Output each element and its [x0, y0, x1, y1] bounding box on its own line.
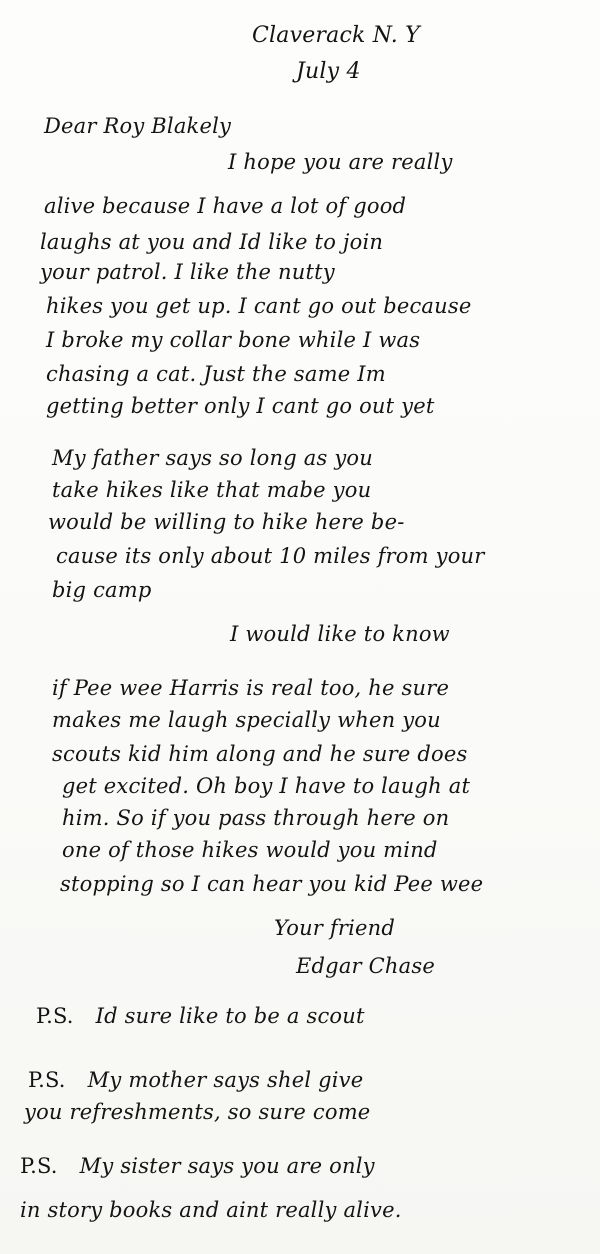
body-line: get excited. Oh boy I have to laugh at: [62, 772, 470, 800]
letter-date: July 4: [296, 58, 361, 86]
body-line: My father says so long as you: [52, 444, 373, 472]
body-line: big camp: [52, 576, 152, 604]
body-line: stopping so I can hear you kid Pee wee: [60, 870, 483, 898]
body-line: if Pee wee Harris is real too, he sure: [52, 674, 449, 702]
postscript-text: My sister says you are only: [80, 1154, 375, 1178]
body-line: I hope you are really: [228, 148, 453, 176]
body-line: your patrol. I like the nutty: [40, 258, 335, 286]
body-line: him. So if you pass through here on: [62, 804, 449, 832]
body-line: alive because I have a lot of good: [44, 192, 406, 220]
body-line: hikes you get up. I cant go out because: [46, 292, 471, 320]
postscript-2: P.S.My mother says shel give: [28, 1066, 363, 1094]
postscript-label: P.S.: [20, 1152, 58, 1180]
postscript-text: My mother says shel give: [88, 1068, 364, 1092]
postscript-3-continued: in story books and aint really alive.: [20, 1196, 402, 1224]
letter-page: Claverack N. Y July 4 Dear Roy Blakely I…: [0, 0, 600, 1254]
postscript-3: P.S.My sister says you are only: [20, 1152, 375, 1180]
letter-signature: Edgar Chase: [296, 952, 435, 980]
body-line: cause its only about 10 miles from your: [56, 542, 485, 570]
body-line: scouts kid him along and he sure does: [52, 740, 467, 768]
body-line: take hikes like that mabe you: [52, 476, 371, 504]
postscript-1: P.S.Id sure like to be a scout: [36, 1002, 365, 1030]
letter-closing: Your friend: [274, 914, 395, 942]
postscript-label: P.S.: [28, 1066, 66, 1094]
body-line: one of those hikes would you mind: [62, 836, 438, 864]
postscript-label: P.S.: [36, 1002, 74, 1030]
postscript-2-continued: you refreshments, so sure come: [24, 1098, 370, 1126]
body-line: getting better only I cant go out yet: [46, 392, 435, 420]
body-line: I broke my collar bone while I was: [46, 326, 420, 354]
letter-place: Claverack N. Y: [252, 22, 420, 50]
body-line: chasing a cat. Just the same Im: [46, 360, 386, 388]
body-line: laughs at you and Id like to join: [40, 228, 383, 256]
body-line: I would like to know: [230, 620, 450, 648]
body-line: would be willing to hike here be-: [48, 508, 405, 536]
letter-salutation: Dear Roy Blakely: [44, 112, 231, 140]
body-line: makes me laugh specially when you: [52, 706, 441, 734]
postscript-text: Id sure like to be a scout: [96, 1004, 365, 1028]
